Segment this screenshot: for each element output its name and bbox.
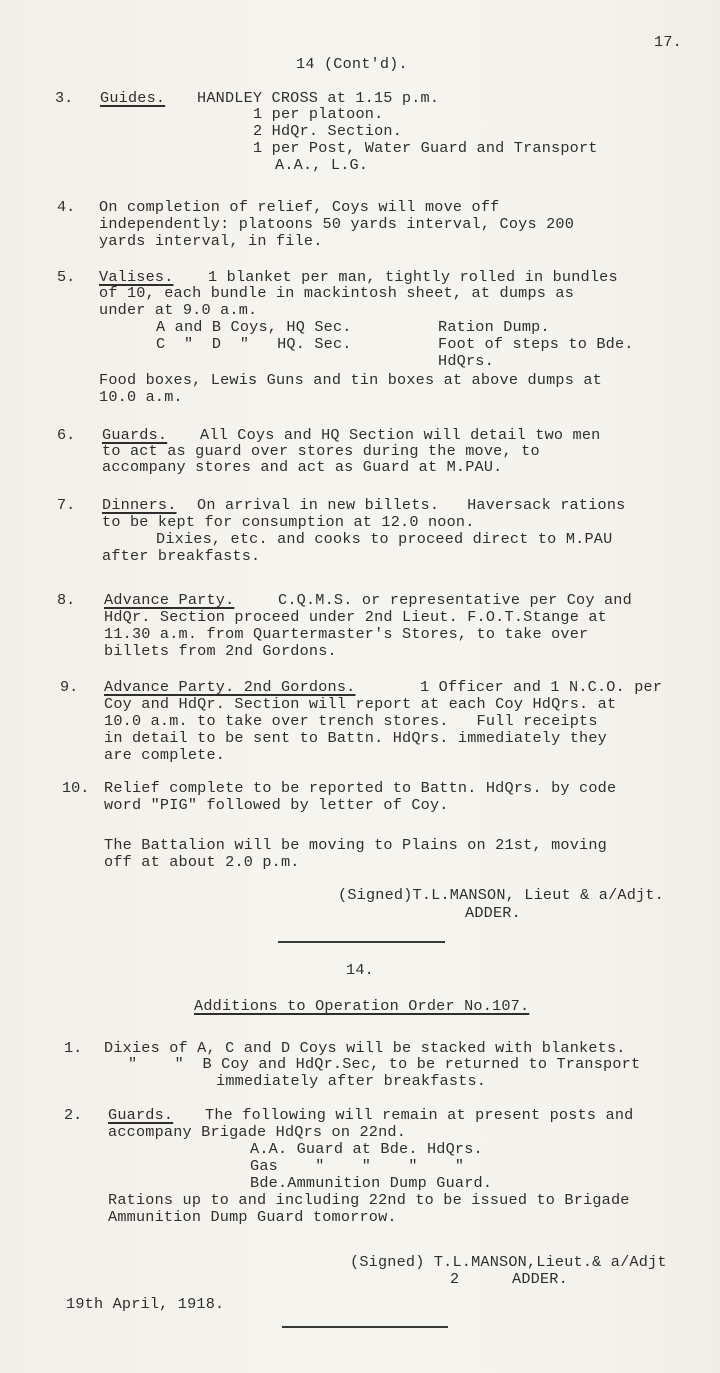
item-number: 6. — [57, 427, 75, 444]
item-text: accompany Brigade HdQrs on 22nd. — [108, 1124, 406, 1141]
item-number: 4. — [57, 199, 75, 216]
item-text: Food boxes, Lewis Guns and tin boxes at … — [99, 372, 602, 389]
item-number: 8. — [57, 592, 75, 609]
item-text: in detail to be sent to Battn. HdQrs. im… — [104, 730, 607, 747]
item-number: 9. — [60, 679, 78, 696]
item-text: Dixies, etc. and cooks to proceed direct… — [156, 531, 612, 548]
item-text: 11.30 a.m. from Quartermaster's Stores, … — [104, 626, 588, 643]
item-text: 10.0 a.m. to take over trench stores. Fu… — [104, 713, 598, 730]
item-heading: Dinners. — [102, 497, 177, 514]
item-text: yards interval, in file. — [99, 233, 323, 250]
item-text: 10.0 a.m. — [99, 389, 183, 406]
section-title: Additions to Operation Order No.107. — [194, 998, 529, 1015]
item-text: A.A., L.G. — [275, 157, 368, 174]
item-text: are complete. — [104, 747, 225, 764]
item-text: C.Q.M.S. or representative per Coy and — [278, 592, 632, 609]
item-text: accompany stores and act as Guard at M.P… — [102, 459, 503, 476]
guard-list-item: A.A. Guard at Bde. HdQrs. — [250, 1141, 483, 1158]
item-number: 10. — [62, 780, 89, 797]
document-date: 19th April, 1918. — [66, 1296, 224, 1313]
item-text: The following will remain at present pos… — [205, 1107, 633, 1124]
section-number: 14. — [346, 962, 374, 979]
item-heading: Advance Party. — [104, 592, 234, 609]
item-text: word "PIG" followed by letter of Coy. — [104, 797, 449, 814]
item-text: On completion of relief, Coys will move … — [99, 199, 500, 216]
document-page: 17. 14 (Cont'd). 3. Guides. HANDLEY CROS… — [0, 0, 720, 1373]
signature-unit: ADDER. — [512, 1271, 568, 1288]
item-text: On arrival in new billets. Haversack rat… — [197, 497, 625, 514]
item-number: 5. — [57, 269, 75, 286]
item-text: 1 Officer and 1 N.C.O. per — [420, 679, 662, 696]
item-number: 2. — [64, 1107, 82, 1124]
dump-table-location: Foot of steps to Bde. — [438, 336, 634, 353]
item-number: 7. — [57, 497, 75, 514]
page-number: 17. — [654, 34, 682, 51]
item-heading: Guides. — [100, 90, 165, 107]
item-number: 3. — [55, 90, 73, 107]
item-text: billets from 2nd Gordons. — [104, 643, 337, 660]
item-text: after breakfasts. — [102, 548, 260, 565]
separator-rule — [282, 1326, 448, 1328]
item-text: 2 HdQr. Section. — [253, 123, 402, 140]
closing-text: off at about 2.0 p.m. — [104, 854, 300, 871]
item-text: Coy and HdQr. Section will report at eac… — [104, 696, 616, 713]
item-text: of 10, each bundle in mackintosh sheet, … — [99, 285, 574, 302]
dump-table-location: Ration Dump. — [438, 319, 550, 336]
dump-table-units: A and B Coys, HQ Sec. — [156, 319, 352, 336]
item-text: immediately after breakfasts. — [216, 1073, 486, 1090]
item-text: Rations up to and including 22nd to be i… — [108, 1192, 630, 1209]
signature-unit: ADDER. — [465, 905, 521, 922]
item-text: independently: platoons 50 yards interva… — [99, 216, 574, 233]
guard-list-item: Bde.Ammunition Dump Guard. — [250, 1175, 492, 1192]
item-text: " " B Coy and HdQr.Sec, to be returned t… — [128, 1056, 640, 1073]
item-text: 1 per Post, Water Guard and Transport — [253, 140, 598, 157]
guard-list-item: Gas " " " " — [250, 1158, 464, 1175]
dump-table-units: C " D " HQ. Sec. — [156, 336, 352, 353]
item-heading: Guards. — [108, 1107, 173, 1124]
dump-table-location: HdQrs. — [438, 353, 494, 370]
item-text: HdQr. Section proceed under 2nd Lieut. F… — [104, 609, 607, 626]
item-text: Relief complete to be reported to Battn.… — [104, 780, 616, 797]
signature-annotation: 2 — [450, 1271, 459, 1288]
signature-line: (Signed) T.L.MANSON,Lieut.& a/Adjt — [350, 1254, 667, 1271]
item-heading: Advance Party. 2nd Gordons. — [104, 679, 355, 696]
signature-line: (Signed)T.L.MANSON, Lieut & a/Adjt. — [338, 887, 664, 904]
item-text: 1 per platoon. — [253, 106, 383, 123]
item-number: 1. — [64, 1040, 82, 1057]
separator-rule — [278, 941, 445, 943]
item-text: to be kept for consumption at 12.0 noon. — [102, 514, 475, 531]
item-text: Ammunition Dump Guard tomorrow. — [108, 1209, 397, 1226]
closing-text: The Battalion will be moving to Plains o… — [104, 837, 607, 854]
section-header: 14 (Cont'd). — [296, 56, 408, 73]
item-text: under at 9.0 a.m. — [99, 302, 257, 319]
